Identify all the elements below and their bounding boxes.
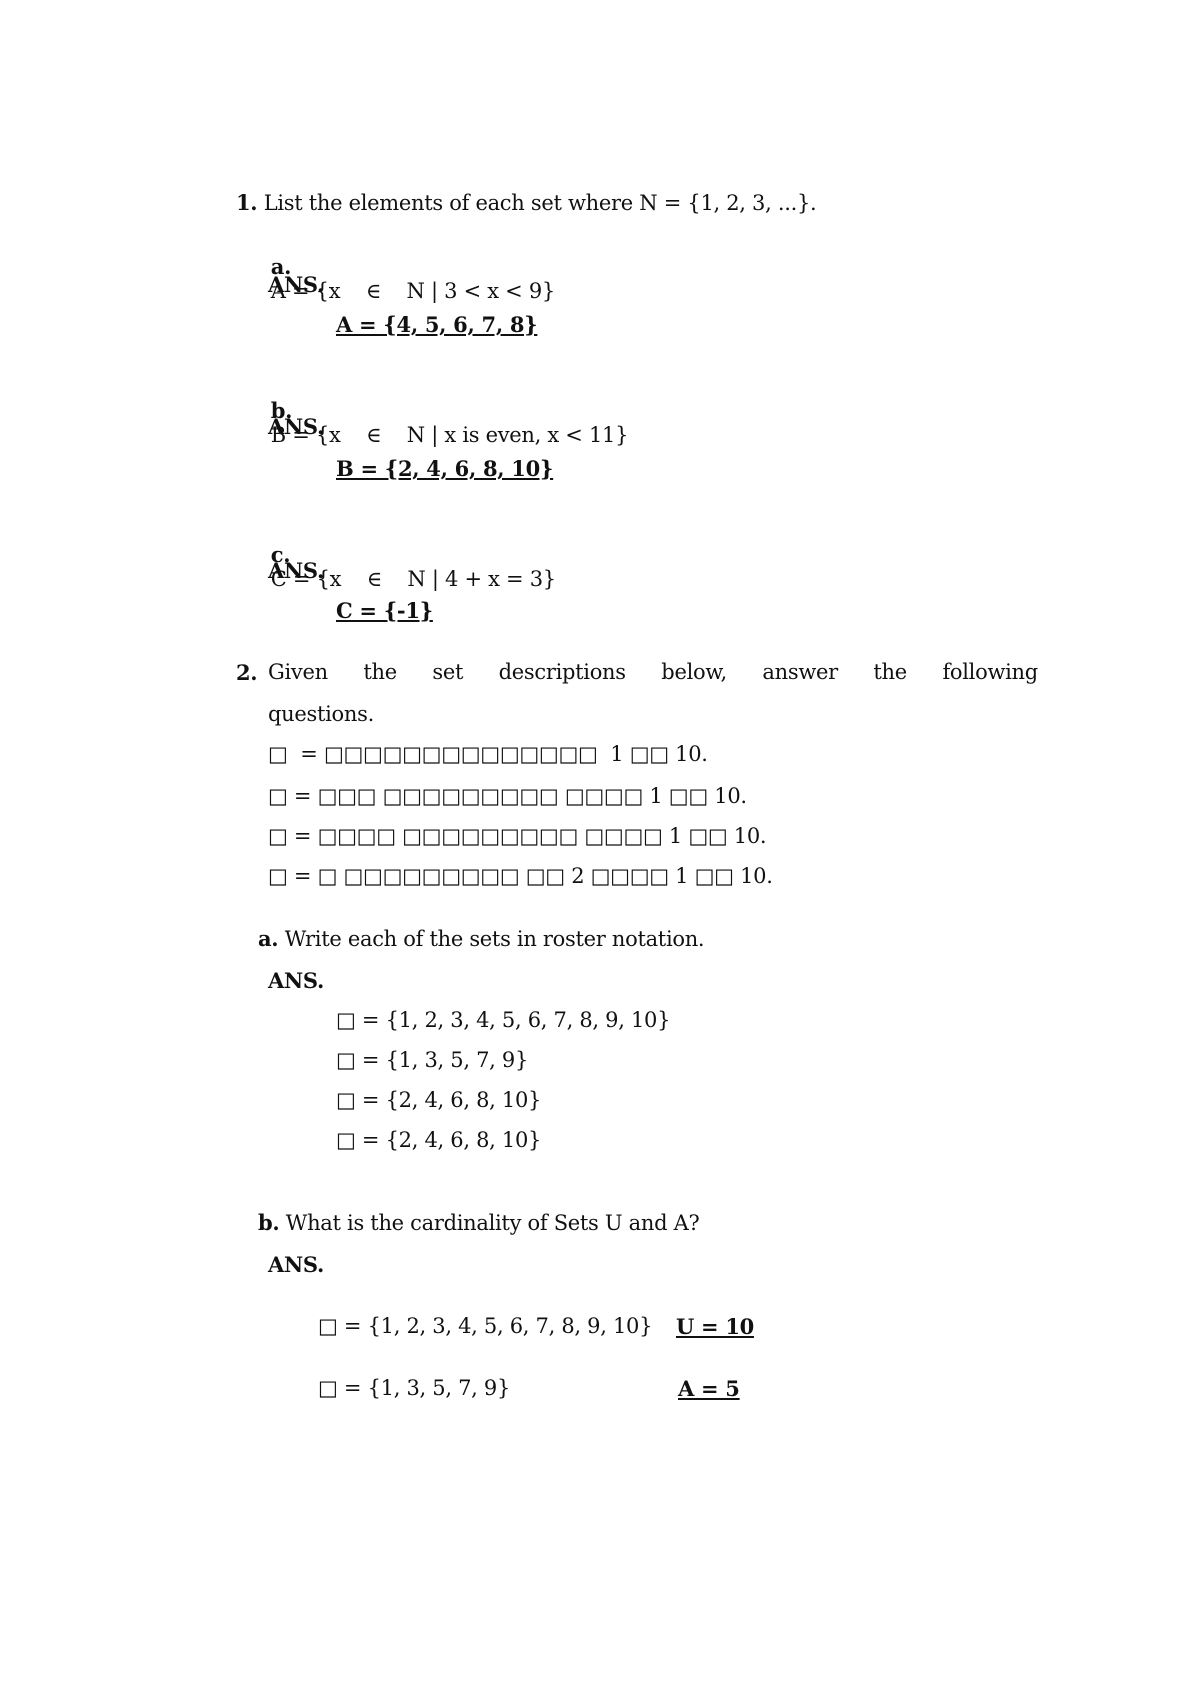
prompt-word: Given xyxy=(268,660,328,684)
part-label: b. xyxy=(258,1210,279,1235)
cardinality-set-a: □ = {1, 3, 5, 7, 9} xyxy=(318,1376,510,1400)
ans-label: ANS. xyxy=(268,272,324,297)
prompt-word: descriptions xyxy=(499,660,626,684)
answer-1c: C = {-1} xyxy=(336,598,433,623)
prompt-word: the xyxy=(363,660,397,684)
ans-label: ANS. xyxy=(268,558,324,583)
part-text: Write each of the sets in roster notatio… xyxy=(285,927,705,951)
part-2b: b. What is the cardinality of Sets U and… xyxy=(258,1210,699,1235)
question-2: 2. Given the set descriptions below, ans… xyxy=(236,660,1038,684)
roster-b: □ = {2, 4, 6, 8, 10} xyxy=(336,1088,541,1112)
question-prompt: List the elements of each set where N = … xyxy=(264,191,817,215)
part-2a: a. Write each of the sets in roster nota… xyxy=(258,926,704,951)
prompt-word: set xyxy=(432,660,463,684)
question-prompt-cont: questions. xyxy=(268,702,374,726)
roster-u: □ = {1, 2, 3, 4, 5, 6, 7, 8, 9, 10} xyxy=(336,1008,670,1032)
prompt-word: answer xyxy=(762,660,837,684)
answer-1b: B = {2, 4, 6, 8, 10} xyxy=(336,456,553,481)
set-description-b: □ = □□□□ □□□□□□□□□ □□□□ 1 □□ 10. xyxy=(268,824,766,848)
set-description-a: □ = □□□ □□□□□□□□□ □□□□ 1 □□ 10. xyxy=(268,784,747,808)
roster-c: □ = {2, 4, 6, 8, 10} xyxy=(336,1128,541,1152)
prompt-word: below, xyxy=(661,660,727,684)
cardinality-set-u: □ = {1, 2, 3, 4, 5, 6, 7, 8, 9, 10} xyxy=(318,1314,652,1338)
set-definition: B = {x ∈ N | x is even, x < 11} xyxy=(271,423,628,447)
ans-label: ANS. xyxy=(268,414,324,439)
ans-label: ANS. xyxy=(268,968,324,993)
part-text: What is the cardinality of Sets U and A? xyxy=(286,1211,700,1235)
ans-label: ANS. xyxy=(268,1252,324,1277)
question-number: 2. xyxy=(236,660,257,685)
roster-a: □ = {1, 3, 5, 7, 9} xyxy=(336,1048,528,1072)
answer-1a: A = {4, 5, 6, 7, 8} xyxy=(336,312,537,337)
set-description-c: □ = □ □□□□□□□□□ □□ 2 □□□□ 1 □□ 10. xyxy=(268,864,773,888)
prompt-word: the xyxy=(873,660,907,684)
question-number: 1. xyxy=(236,190,257,215)
question-1: 1. List the elements of each set where N… xyxy=(236,190,816,215)
set-description-u: □ = □□□□□□□□□□□□□□ 1 □□ 10. xyxy=(268,742,708,766)
cardinality-result-a: A = 5 xyxy=(678,1376,740,1401)
part-label: a. xyxy=(258,926,278,951)
prompt-word: following xyxy=(942,660,1037,684)
cardinality-result-u: U = 10 xyxy=(676,1314,754,1339)
question-prompt: Given the set descriptions below, answer… xyxy=(268,660,1038,684)
